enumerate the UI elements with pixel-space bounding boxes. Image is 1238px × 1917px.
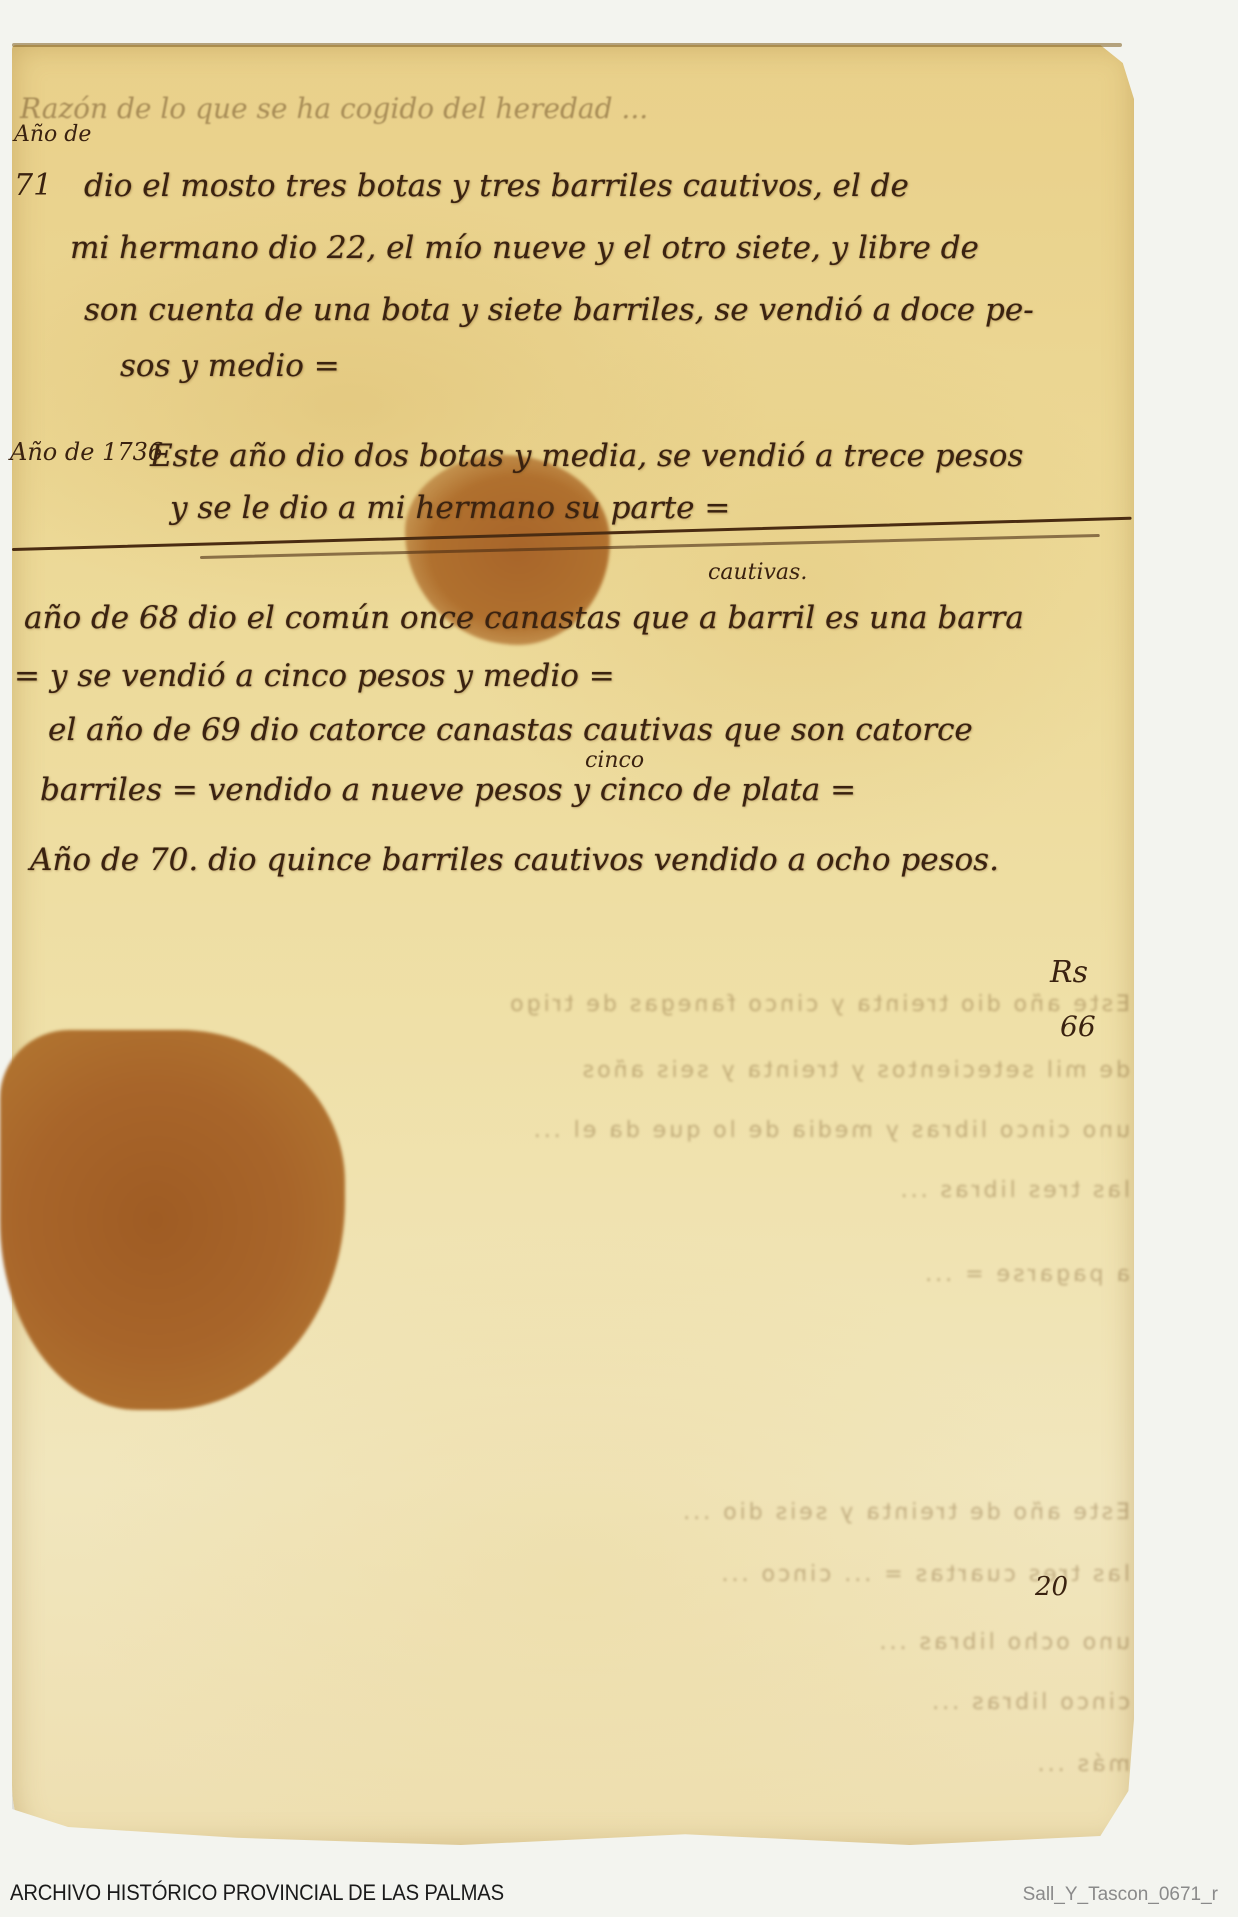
entry-margin: Año de 1736 (10, 438, 163, 466)
bleed-margin-mark: Rs (1050, 955, 1088, 990)
superscript-insertion: cinco (585, 748, 644, 773)
paper-top-edge (12, 43, 1122, 47)
bleed-margin-mark: 66 (1060, 1010, 1096, 1043)
entry-line: el año de 69 dio catorce canastas cautiv… (48, 712, 973, 748)
entry-line: mi hermano dio 22, el mío nueve y el otr… (70, 230, 979, 266)
entry-line: sos y medio = (120, 348, 340, 384)
bleed-through-line: uno cinco libras y media de lo que da el… (0, 1118, 1130, 1143)
image-label: Sall_Y_Tascon_0671_r (1023, 1884, 1218, 1906)
bleed-through-line: a pagarse = ... (0, 1262, 1130, 1287)
entry-line: Año de 70. dio quince barriles cautivos … (30, 842, 999, 878)
entry-margin: 71 (14, 168, 52, 203)
entry-line: = y se vendió a cinco pesos y medio = (14, 658, 615, 694)
bleed-through-line: Este año de treinta y seis dio ... (0, 1500, 1130, 1525)
archive-caption: ARCHIVO HISTÓRICO PROVINCIAL DE LAS PALM… (10, 1880, 504, 1906)
entry-line: son cuenta de una bota y siete barriles,… (84, 292, 1034, 328)
bleed-through-line: cinco libras ... (0, 1690, 1130, 1715)
bleed-margin-mark: 20 (1035, 1572, 1068, 1602)
entry-line: dio el mosto tres botas y tres barriles … (84, 168, 909, 204)
entry-line: barriles = vendido a nueve pesos y cinco… (40, 772, 856, 808)
bleed-through-line: de mil setecientos y treinta y seis años (0, 1058, 1130, 1083)
bleed-through-line: las tres cuartas = ... cinco ... (0, 1562, 1130, 1587)
bleed-through-line: las tres libras ... (0, 1178, 1130, 1203)
header-line: Razón de lo que se ha cogido del heredad… (20, 92, 648, 125)
bleed-through-line: uno ocho libras ... (0, 1630, 1130, 1655)
superscript-insertion: cautivas. (708, 560, 807, 585)
entry-line: Este año dio dos botas y media, se vendi… (150, 438, 1023, 474)
entry-line: año de 68 dio el común once canastas que… (24, 600, 1024, 636)
entry-line: y se le dio a mi hermano su parte = (170, 490, 730, 526)
margin-note: Año de (14, 122, 91, 147)
bleed-through-line: más ... (0, 1752, 1130, 1777)
bleed-through-line: Este año dio treinta y cinco fanegas de … (0, 992, 1130, 1017)
